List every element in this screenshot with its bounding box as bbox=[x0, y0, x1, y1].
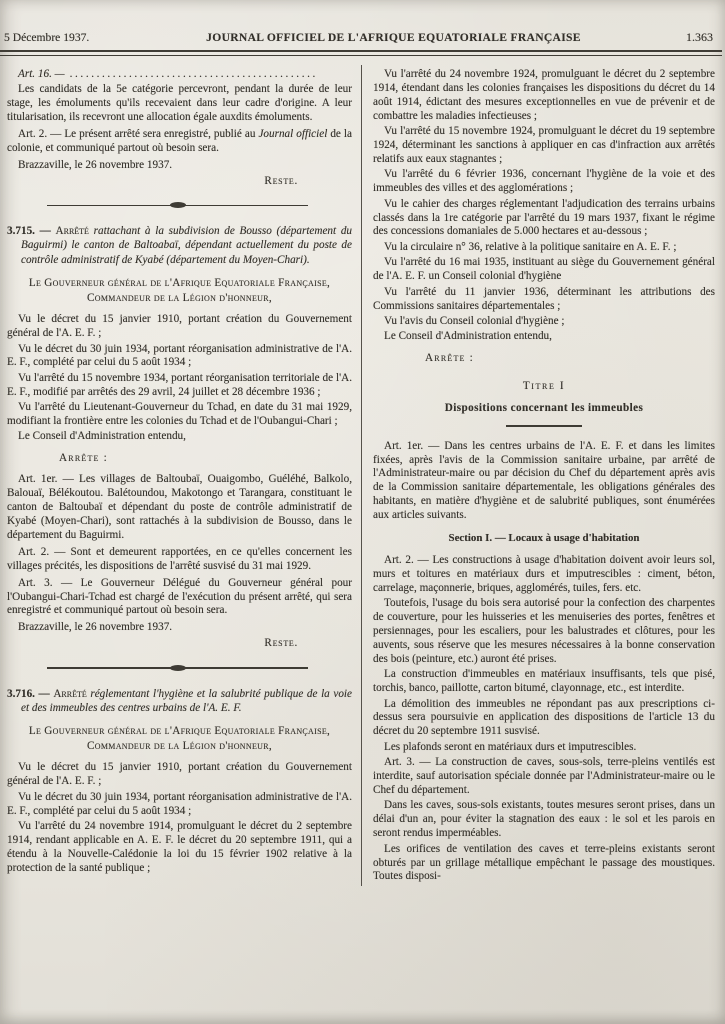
article-2: Art. 2. — Les constructions à usage d'ha… bbox=[373, 554, 715, 596]
page-number: 1.363 bbox=[633, 30, 713, 45]
vu-clause: Vu l'arrêté du Lieutenant-Gouverneur du … bbox=[7, 401, 352, 429]
signature: Reste. bbox=[7, 637, 352, 651]
paragraph: La démolition des immeubles ne répondant… bbox=[373, 698, 715, 740]
article-2: Art. 2. — Sont et demeurent rapportées, … bbox=[7, 546, 352, 574]
article-2-pre: Art. 2. — Le présent arrêté sera enregis… bbox=[18, 128, 258, 140]
vu-clause: Vu l'arrêté du 15 novembre 1924, promulg… bbox=[373, 125, 715, 167]
vu-clause: Vu l'avis du Conseil colonial d'hygiène … bbox=[373, 315, 715, 329]
vu-clause: Vu le cahier des charges réglementant l'… bbox=[373, 198, 715, 240]
journal-officiel-italic: Journal officiel bbox=[258, 128, 327, 140]
decree-heading-3715: 3.715. — Arrêté rattachant à la subdivis… bbox=[7, 224, 352, 267]
vu-clause: Vu l'arrêté du 11 janvier 1936, détermin… bbox=[373, 286, 715, 314]
governor-salutation: Le Gouverneur général de l'Afrique Equat… bbox=[11, 276, 348, 305]
page-header: 5 Décembre 1937. JOURNAL OFFICIEL DE L'A… bbox=[0, 0, 725, 48]
title-1-subheading: Dispositions concernant les immeubles bbox=[373, 402, 715, 416]
vu-clause: Vu l'arrêté du 24 novembre 1924, promulg… bbox=[373, 68, 715, 124]
vu-clause: Vu la circulaire n° 36, relative à la po… bbox=[373, 241, 715, 255]
paragraph: Les plafonds seront en matériaux durs et… bbox=[373, 741, 715, 755]
article-16-label: Art. 16. — bbox=[18, 68, 65, 80]
decree-kind: Arrêté bbox=[56, 225, 89, 237]
article-3: Art. 3. — La construction de caves, sous… bbox=[373, 756, 715, 798]
dateline: Brazzaville, le 26 novembre 1937. bbox=[7, 159, 352, 173]
paragraph-article-2: Art. 2. — Le présent arrêté sera enregis… bbox=[7, 128, 352, 156]
header-date: 5 Décembre 1937. bbox=[4, 31, 154, 44]
dot-leader: ........................................… bbox=[70, 68, 318, 80]
signature: Reste. bbox=[7, 175, 352, 189]
section-1-heading: Section I. — Locaux à usage d'habitation bbox=[373, 532, 715, 546]
article-1: Art. 1er. — Les villages de Baltoubaï, O… bbox=[7, 473, 352, 543]
vu-clause: Vu le décret du 15 janvier 1910, portant… bbox=[7, 313, 352, 341]
article-16-line: Art. 16. —..............................… bbox=[7, 68, 352, 82]
vu-clause: Vu l'arrêté du 15 novembre 1934, portant… bbox=[7, 372, 352, 400]
arrete-label: Arrête : bbox=[373, 352, 715, 366]
paragraph: Toutefois, l'usage du bois sera autorisé… bbox=[373, 597, 715, 667]
article-3: Art. 3. — Le Gouverneur Délégué du Gouve… bbox=[7, 577, 352, 619]
article-1: Art. 1er. — Dans les centres urbains de … bbox=[373, 440, 715, 523]
journal-title: JOURNAL OFFICIEL DE L'AFRIQUE EQUATORIAL… bbox=[154, 31, 633, 44]
short-rule bbox=[506, 425, 582, 427]
vu-clause: Vu le décret du 15 janvier 1910, portant… bbox=[7, 761, 352, 789]
decree-kind: Arrêté bbox=[53, 688, 86, 700]
decree-number: 3.715. — bbox=[7, 225, 56, 237]
dateline: Brazzaville, le 26 novembre 1937. bbox=[7, 621, 352, 635]
vu-clause: Vu l'arrêté du 16 mai 1935, instituant a… bbox=[373, 256, 715, 284]
paragraph: La construction d'immeubles en matériaux… bbox=[373, 668, 715, 696]
decree-number: 3.716. — bbox=[7, 688, 53, 700]
council-clause: Le Conseil d'Administration entendu, bbox=[7, 430, 352, 444]
section-divider bbox=[47, 205, 308, 206]
governor-salutation: Le Gouverneur général de l'Afrique Equat… bbox=[11, 724, 348, 753]
title-1-heading: Titre I bbox=[373, 380, 715, 394]
decree-heading-3716: 3.716. — Arrêté réglementant l'hygiène e… bbox=[7, 687, 352, 716]
paragraph: Dans les caves, sous-sols existants, tou… bbox=[373, 799, 715, 841]
section-divider bbox=[47, 667, 308, 668]
vu-clause: Vu l'arrêté du 6 février 1936, concernan… bbox=[373, 168, 715, 196]
arrete-label: Arrête : bbox=[7, 452, 352, 466]
paragraph: Les orifices de ventilation des caves et… bbox=[373, 843, 715, 885]
gazette-page: 5 Décembre 1937. JOURNAL OFFICIEL DE L'A… bbox=[0, 0, 725, 1024]
vu-clause: Vu le décret du 30 juin 1934, portant ré… bbox=[7, 791, 352, 819]
vu-clause: Vu l'arrêté du 24 novembre 1914, promulg… bbox=[7, 820, 352, 876]
vu-clause: Vu le décret du 30 juin 1934, portant ré… bbox=[7, 343, 352, 371]
paragraph-candidats: Les candidats de la 5e catégorie percevr… bbox=[7, 83, 352, 125]
page-content: Art. 16. —..............................… bbox=[0, 56, 725, 886]
council-clause: Le Conseil d'Administration entendu, bbox=[373, 330, 715, 344]
right-column: Vu l'arrêté du 24 novembre 1924, promulg… bbox=[362, 65, 724, 886]
left-column: Art. 16. —..............................… bbox=[0, 65, 362, 886]
